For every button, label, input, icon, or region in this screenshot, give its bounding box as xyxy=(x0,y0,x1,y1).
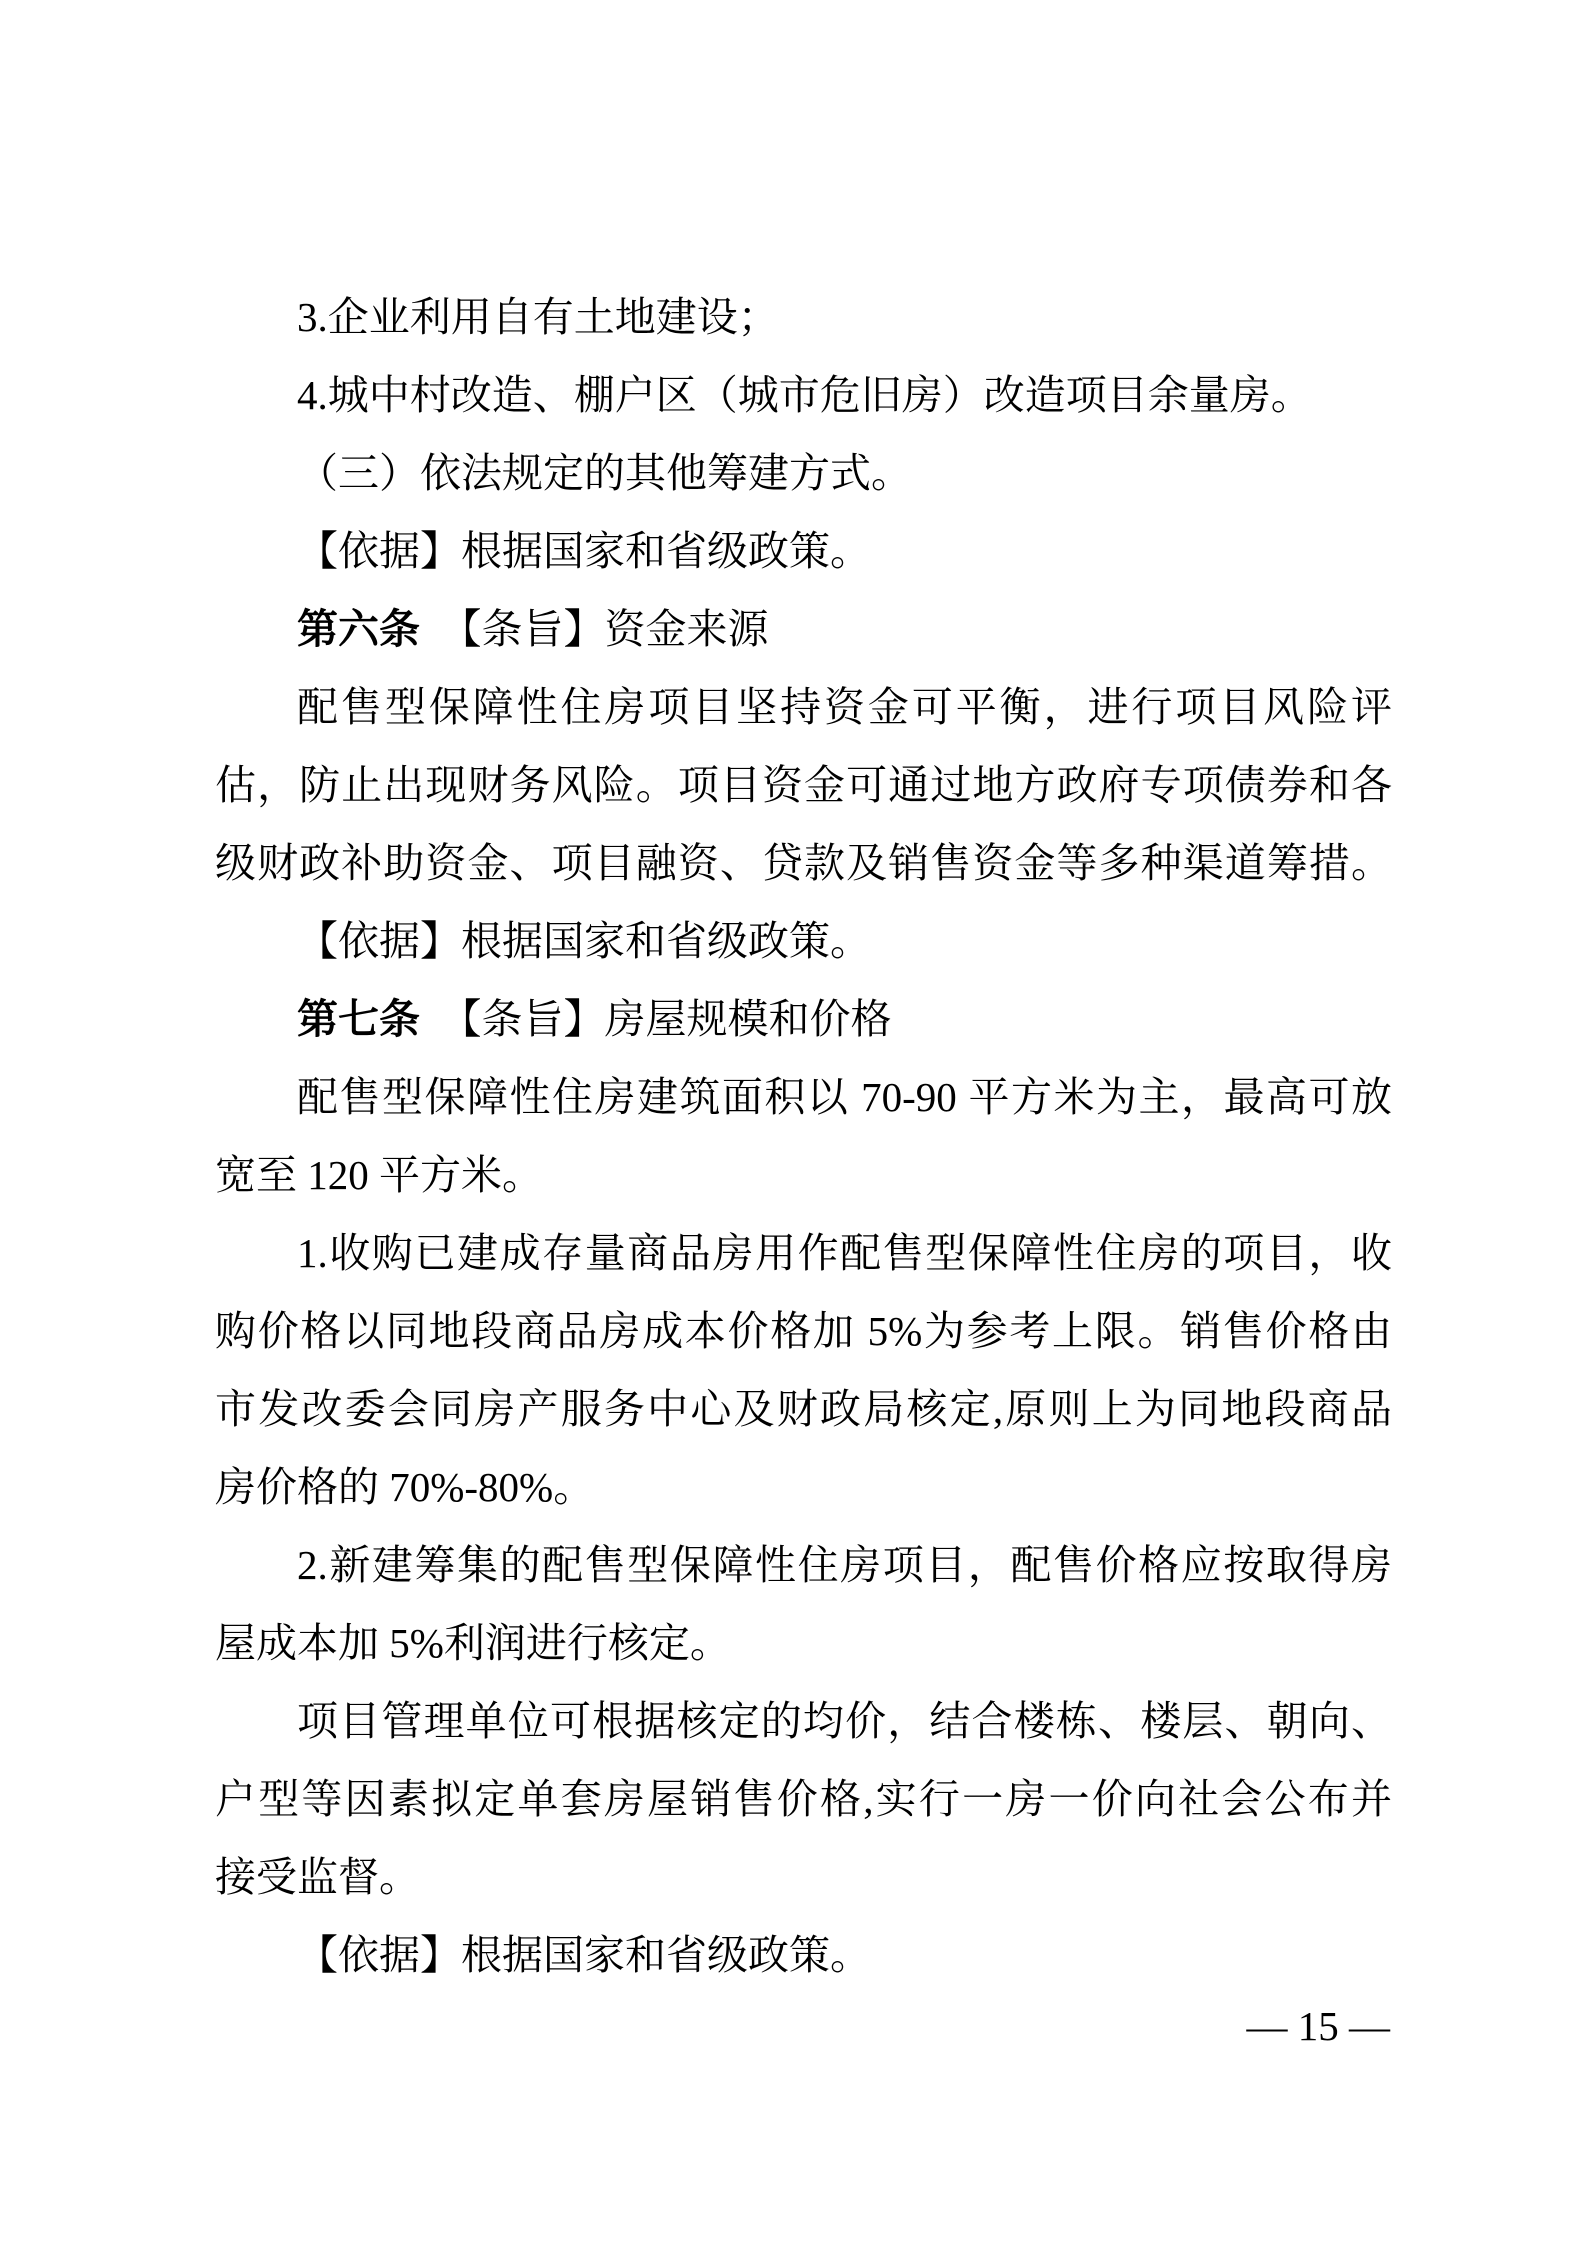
text-line: 估，防止出现财务风险。项目资金可通过地方政府专项债券和各 xyxy=(215,746,1392,824)
text-line: 户型等因素拟定单套房屋销售价格,实行一房一价向社会公布并 xyxy=(215,1760,1392,1838)
line-text: 房价格的 70%-80%。 xyxy=(215,1464,594,1510)
line-text: 接受监督。 xyxy=(215,1854,420,1900)
line-text: 宽至 120 平方米。 xyxy=(215,1152,543,1198)
line-text: 配售型保障性住房建筑面积以 70-90 平方米为主，最高可放 xyxy=(297,1074,1392,1120)
line-text: 购价格以同地段商品房成本价格加 5%为参考上限。销售价格由 xyxy=(215,1308,1392,1354)
text-line: 配售型保障性住房建筑面积以 70-90 平方米为主，最高可放 xyxy=(215,1058,1392,1136)
page-number-text: — 15 — xyxy=(1247,2003,1391,2049)
text-line: 4.城中村改造、棚户区（城市危旧房）改造项目余量房。 xyxy=(215,356,1392,434)
text-line: 【依据】根据国家和省级政策。 xyxy=(215,1916,1392,1994)
line-text: 2.新建筹集的配售型保障性住房项目，配售价格应按取得房 xyxy=(297,1542,1392,1588)
text-line: 第六条 【条旨】资金来源 xyxy=(215,590,1392,668)
line-text: 【依据】根据国家和省级政策。 xyxy=(297,918,871,964)
line-text: 估，防止出现财务风险。项目资金可通过地方政府专项债券和各 xyxy=(215,762,1392,808)
text-line: 购价格以同地段商品房成本价格加 5%为参考上限。销售价格由 xyxy=(215,1292,1392,1370)
text-line: 接受监督。 xyxy=(215,1838,1392,1916)
text-line: 级财政补助资金、项目融资、贷款及销售资金等多种渠道筹措。 xyxy=(215,824,1392,902)
line-text: 1.收购已建成存量商品房用作配售型保障性住房的项目，收 xyxy=(297,1230,1392,1276)
document-body: 3.企业利用自有土地建设；4.城中村改造、棚户区（城市危旧房）改造项目余量房。（… xyxy=(215,278,1392,1994)
text-line: 2.新建筹集的配售型保障性住房项目，配售价格应按取得房 xyxy=(215,1526,1392,1604)
line-text: 屋成本加 5%利润进行核定。 xyxy=(215,1620,731,1666)
text-line: 【依据】根据国家和省级政策。 xyxy=(215,902,1392,980)
text-line: 配售型保障性住房项目坚持资金可平衡，进行项目风险评 xyxy=(215,668,1392,746)
line-text: 【依据】根据国家和省级政策。 xyxy=(297,1932,871,1978)
text-line: 屋成本加 5%利润进行核定。 xyxy=(215,1604,1392,1682)
text-line: 【依据】根据国家和省级政策。 xyxy=(215,512,1392,590)
line-text: 3.企业利用自有土地建设； xyxy=(297,294,779,340)
document-page: 3.企业利用自有土地建设；4.城中村改造、棚户区（城市危旧房）改造项目余量房。（… xyxy=(0,0,1587,2245)
text-line: 1.收购已建成存量商品房用作配售型保障性住房的项目，收 xyxy=(215,1214,1392,1292)
text-line: 第七条 【条旨】房屋规模和价格 xyxy=(215,980,1392,1058)
line-text: 户型等因素拟定单套房屋销售价格,实行一房一价向社会公布并 xyxy=(215,1776,1392,1822)
article-number: 第七条 xyxy=(297,996,420,1042)
line-text: 级财政补助资金、项目融资、贷款及销售资金等多种渠道筹措。 xyxy=(215,840,1392,886)
line-text: 【条旨】资金来源 xyxy=(420,606,769,652)
text-line: 3.企业利用自有土地建设； xyxy=(215,278,1392,356)
line-text: 4.城中村改造、棚户区（城市危旧房）改造项目余量房。 xyxy=(297,372,1312,418)
line-text: 市发改委会同房产服务中心及财政局核定,原则上为同地段商品 xyxy=(215,1386,1392,1432)
line-text: 配售型保障性住房项目坚持资金可平衡，进行项目风险评 xyxy=(297,684,1392,730)
page-number: — 15 — xyxy=(1247,2002,1391,2050)
text-line: （三）依法规定的其他筹建方式。 xyxy=(215,434,1392,512)
text-line: 宽至 120 平方米。 xyxy=(215,1136,1392,1214)
article-number: 第六条 xyxy=(297,606,420,652)
line-text: （三）依法规定的其他筹建方式。 xyxy=(297,450,912,496)
line-text: 【条旨】房屋规模和价格 xyxy=(420,996,892,1042)
line-text: 项目管理单位可根据核定的均价，结合楼栋、楼层、朝向、 xyxy=(297,1698,1392,1744)
text-line: 房价格的 70%-80%。 xyxy=(215,1448,1392,1526)
text-line: 市发改委会同房产服务中心及财政局核定,原则上为同地段商品 xyxy=(215,1370,1392,1448)
text-line: 项目管理单位可根据核定的均价，结合楼栋、楼层、朝向、 xyxy=(215,1682,1392,1760)
line-text: 【依据】根据国家和省级政策。 xyxy=(297,528,871,574)
